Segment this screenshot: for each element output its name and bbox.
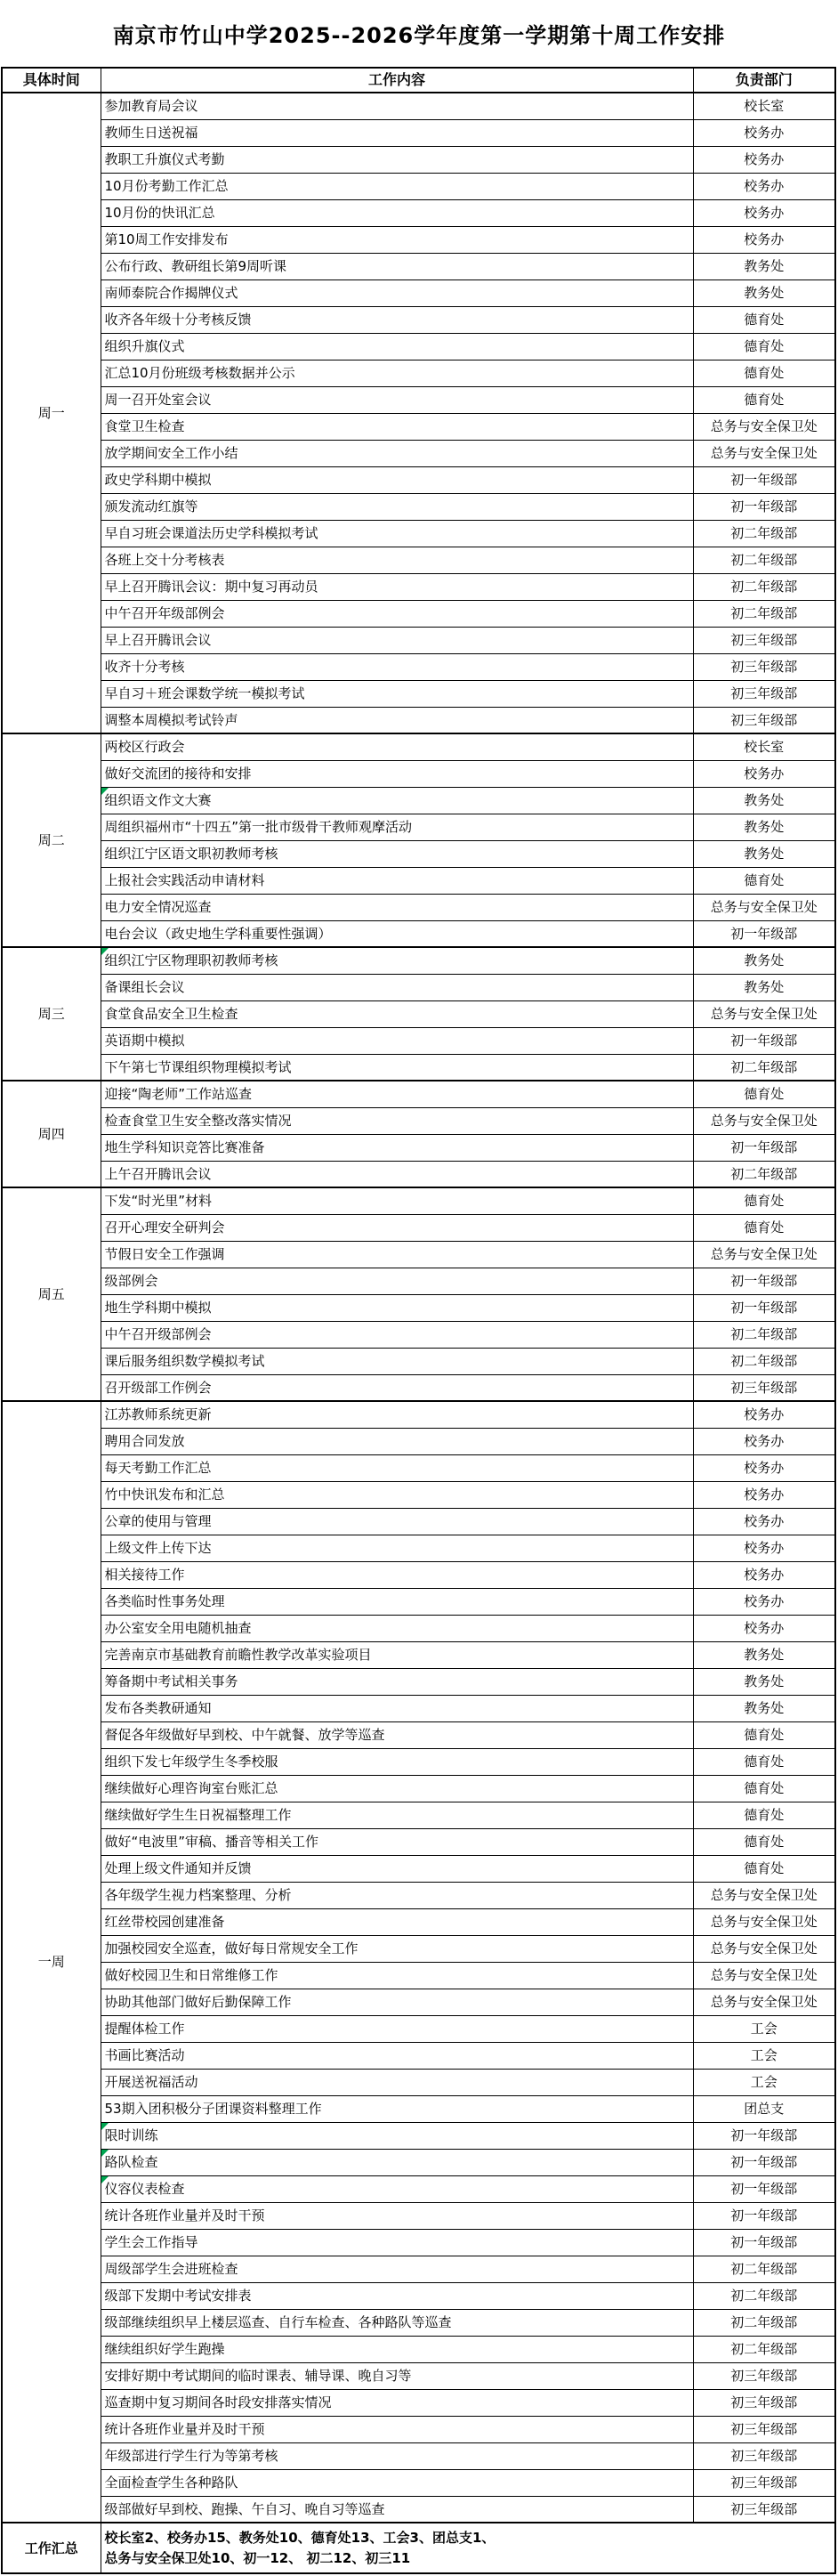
task-cell: 督促各年级做好早到校、中午就餐、放学等巡查 xyxy=(101,1721,693,1748)
table-row: 级部做好早到校、跑操、午自习、晚自习等巡查初三年级部 xyxy=(2,2496,835,2523)
table-row: 上报社会实践活动申请材料德育处 xyxy=(2,867,835,894)
department-cell: 德育处 xyxy=(693,386,835,413)
time-cell: 一周 xyxy=(2,1401,101,2523)
task-cell: 开展送祝福活动 xyxy=(101,2069,693,2095)
table-row: 早自习班会课道法历史学科模拟考试初二年级部 xyxy=(2,520,835,547)
table-row: 统计各班作业量并及时干预初三年级部 xyxy=(2,2416,835,2442)
table-row: 中午召开级部例会初二年级部 xyxy=(2,1321,835,1348)
department-cell: 总务与安全保卫处 xyxy=(693,894,835,920)
time-cell: 周一 xyxy=(2,93,101,733)
task-cell: 课后服务组织数学模拟考试 xyxy=(101,1348,693,1374)
department-cell: 德育处 xyxy=(693,1802,835,1828)
task-cell: 上级文件上传下达 xyxy=(101,1535,693,1561)
table-row: 学生会工作指导初一年级部 xyxy=(2,2229,835,2256)
task-cell: 教师生日送祝福 xyxy=(101,119,693,146)
table-row: 课后服务组织数学模拟考试初二年级部 xyxy=(2,1348,835,1374)
table-row: 食堂卫生检查总务与安全保卫处 xyxy=(2,413,835,440)
task-cell: 迎接“陶老师”工作站巡查 xyxy=(101,1081,693,1107)
department-cell: 教务处 xyxy=(693,253,835,279)
table-row: 上级文件上传下达校务办 xyxy=(2,1535,835,1561)
task-cell: 级部例会 xyxy=(101,1268,693,1294)
department-cell: 校务办 xyxy=(693,1454,835,1481)
task-cell: 10月份的快讯汇总 xyxy=(101,199,693,226)
department-cell: 初三年级部 xyxy=(693,653,835,680)
table-row: 下午第七节课组织物理模拟考试初二年级部 xyxy=(2,1054,835,1081)
department-cell: 总务与安全保卫处 xyxy=(693,1962,835,1989)
table-row: 收齐各年级十分考核反馈德育处 xyxy=(2,306,835,333)
task-cell: 组织语文作文大赛 xyxy=(101,787,693,814)
table-row: 书画比赛活动工会 xyxy=(2,2042,835,2069)
table-row: 英语期中模拟初一年级部 xyxy=(2,1027,835,1054)
comment-marker-icon xyxy=(101,2176,109,2183)
department-cell: 德育处 xyxy=(693,333,835,360)
task-cell: 收齐各年级十分考核反馈 xyxy=(101,306,693,333)
task-cell: 继续做好心理咨询室台账汇总 xyxy=(101,1775,693,1802)
header-row: 具体时间 工作内容 负责部门 xyxy=(2,68,835,93)
table-row: 颁发流动红旗等初一年级部 xyxy=(2,493,835,520)
department-cell: 总务与安全保卫处 xyxy=(693,1241,835,1268)
department-cell: 初一年级部 xyxy=(693,2149,835,2175)
department-cell: 德育处 xyxy=(693,1748,835,1775)
table-row: 完善南京市基础教育前瞻性教学改革实验项目教务处 xyxy=(2,1641,835,1668)
task-cell: 召开级部工作例会 xyxy=(101,1374,693,1401)
department-cell: 初一年级部 xyxy=(693,2202,835,2229)
task-cell: 协助其他部门做好后勤保障工作 xyxy=(101,1989,693,2015)
department-cell: 教务处 xyxy=(693,1668,835,1695)
department-cell: 教务处 xyxy=(693,1695,835,1721)
department-cell: 初三年级部 xyxy=(693,2496,835,2523)
table-row: 相关接待工作校务办 xyxy=(2,1561,835,1588)
task-cell: 上午召开腾讯会议 xyxy=(101,1161,693,1187)
table-row: 级部继续组织早上楼层巡查、自行车检查、各种路队等巡查初二年级部 xyxy=(2,2309,835,2336)
table-row: 聘用合同发放校务办 xyxy=(2,1428,835,1454)
task-cell: 路队检查 xyxy=(101,2149,693,2175)
table-row: 继续做好学生生日祝福整理工作德育处 xyxy=(2,1802,835,1828)
table-row: 周二两校区行政会校长室 xyxy=(2,733,835,760)
table-row: 节假日安全工作强调总务与安全保卫处 xyxy=(2,1241,835,1268)
task-cell: 下发“时光里”材料 xyxy=(101,1187,693,1214)
task-cell: 聘用合同发放 xyxy=(101,1428,693,1454)
task-cell: 仪容仪表检查 xyxy=(101,2175,693,2202)
department-cell: 校务办 xyxy=(693,1535,835,1561)
table-row: 早上召开腾讯会议初三年级部 xyxy=(2,627,835,653)
table-row: 检查食堂卫生安全整改落实情况总务与安全保卫处 xyxy=(2,1107,835,1134)
task-cell: 周级部学生会进班检查 xyxy=(101,2256,693,2282)
department-cell: 初三年级部 xyxy=(693,2469,835,2496)
table-row: 做好交流团的接待和安排校务办 xyxy=(2,760,835,787)
table-row: 开展送祝福活动工会 xyxy=(2,2069,835,2095)
table-row: 第10周工作安排发布校务办 xyxy=(2,226,835,253)
department-cell: 初二年级部 xyxy=(693,600,835,627)
task-cell: 政史学科期中模拟 xyxy=(101,466,693,493)
task-cell: 学生会工作指导 xyxy=(101,2229,693,2256)
task-cell: 调整本周模拟考试铃声 xyxy=(101,707,693,733)
table-row: 做好“电波里”审稿、播音等相关工作德育处 xyxy=(2,1828,835,1855)
task-cell: 颁发流动红旗等 xyxy=(101,493,693,520)
department-cell: 初一年级部 xyxy=(693,1027,835,1054)
department-cell: 德育处 xyxy=(693,1855,835,1882)
task-cell: 统计各班作业量并及时干预 xyxy=(101,2202,693,2229)
table-row: 公布行政、教研组长第9周听课教务处 xyxy=(2,253,835,279)
department-cell: 总务与安全保卫处 xyxy=(693,1989,835,2015)
table-row: 早上召开腾讯会议：期中复习再动员初二年级部 xyxy=(2,573,835,600)
department-cell: 工会 xyxy=(693,2069,835,2095)
table-row: 周三组织江宁区物理职初教师考核教务处 xyxy=(2,947,835,974)
department-cell: 校务办 xyxy=(693,119,835,146)
table-row: 统计各班作业量并及时干预初一年级部 xyxy=(2,2202,835,2229)
time-cell: 周四 xyxy=(2,1081,101,1187)
department-cell: 工会 xyxy=(693,2042,835,2069)
department-cell: 教务处 xyxy=(693,840,835,867)
department-cell: 教务处 xyxy=(693,974,835,1000)
table-row: 早自习＋班会课数学统一模拟考试初三年级部 xyxy=(2,680,835,707)
department-cell: 德育处 xyxy=(693,1775,835,1802)
department-cell: 初三年级部 xyxy=(693,1374,835,1401)
task-cell: 两校区行政会 xyxy=(101,733,693,760)
task-cell: 各班上交十分考核表 xyxy=(101,547,693,573)
task-cell: 全面检查学生各种路队 xyxy=(101,2469,693,2496)
schedule-sheet: 南京市竹山中学2025--2026学年度第一学期第十周工作安排 具体时间 工作内… xyxy=(0,0,838,2574)
department-cell: 初二年级部 xyxy=(693,1348,835,1374)
department-cell: 初二年级部 xyxy=(693,2282,835,2309)
department-cell: 总务与安全保卫处 xyxy=(693,440,835,466)
table-row: 电力安全情况巡查总务与安全保卫处 xyxy=(2,894,835,920)
department-cell: 初二年级部 xyxy=(693,2336,835,2362)
department-cell: 德育处 xyxy=(693,1721,835,1748)
task-cell: 电台会议（政史地生学科重要性强调） xyxy=(101,920,693,947)
summary-content: 校长室2、校务办15、教务处10、德育处13、工会3、团总支1、 总务与安全保卫… xyxy=(101,2523,835,2573)
task-cell: 早上召开腾讯会议：期中复习再动员 xyxy=(101,573,693,600)
task-cell: 地生学科知识竞答比赛准备 xyxy=(101,1134,693,1161)
task-cell: 相关接待工作 xyxy=(101,1561,693,1588)
department-cell: 团总支 xyxy=(693,2095,835,2122)
department-cell: 校务办 xyxy=(693,226,835,253)
department-cell: 总务与安全保卫处 xyxy=(693,1882,835,1908)
task-cell: 完善南京市基础教育前瞻性教学改革实验项目 xyxy=(101,1641,693,1668)
summary-label: 工作汇总 xyxy=(2,2523,101,2573)
department-cell: 校务办 xyxy=(693,760,835,787)
department-cell: 初一年级部 xyxy=(693,493,835,520)
task-cell: 各类临时性事务处理 xyxy=(101,1588,693,1615)
task-cell: 级部下发期中考试安排表 xyxy=(101,2282,693,2309)
department-cell: 初三年级部 xyxy=(693,627,835,653)
department-cell: 初二年级部 xyxy=(693,573,835,600)
table-row: 做好校园卫生和日常维修工作总务与安全保卫处 xyxy=(2,1962,835,1989)
department-cell: 德育处 xyxy=(693,1081,835,1107)
table-row: 协助其他部门做好后勤保障工作总务与安全保卫处 xyxy=(2,1989,835,2015)
table-row: 安排好期中考试期间的临时课表、辅导课、晚自习等初三年级部 xyxy=(2,2362,835,2389)
table-row: 组织语文作文大赛教务处 xyxy=(2,787,835,814)
task-cell: 红丝带校园创建准备 xyxy=(101,1908,693,1935)
task-cell: 检查食堂卫生安全整改落实情况 xyxy=(101,1107,693,1134)
time-cell: 周五 xyxy=(2,1187,101,1401)
table-row: 10月份的快讯汇总校务办 xyxy=(2,199,835,226)
department-cell: 初二年级部 xyxy=(693,1054,835,1081)
department-cell: 教务处 xyxy=(693,787,835,814)
department-cell: 初三年级部 xyxy=(693,2416,835,2442)
task-cell: 级部继续组织早上楼层巡查、自行车检查、各种路队等巡查 xyxy=(101,2309,693,2336)
task-cell: 处理上级文件通知并反馈 xyxy=(101,1855,693,1882)
department-cell: 校务办 xyxy=(693,1481,835,1508)
table-row: 筹备期中考试相关事务教务处 xyxy=(2,1668,835,1695)
table-row: 级部例会初一年级部 xyxy=(2,1268,835,1294)
department-cell: 初一年级部 xyxy=(693,1268,835,1294)
task-cell: 公布行政、教研组长第9周听课 xyxy=(101,253,693,279)
table-row: 周四迎接“陶老师”工作站巡查德育处 xyxy=(2,1081,835,1107)
task-cell: 10月份考勤工作汇总 xyxy=(101,173,693,199)
department-cell: 初二年级部 xyxy=(693,520,835,547)
department-cell: 校务办 xyxy=(693,146,835,173)
comment-marker-icon xyxy=(101,948,109,955)
department-cell: 初二年级部 xyxy=(693,1161,835,1187)
table-row: 处理上级文件通知并反馈德育处 xyxy=(2,1855,835,1882)
table-row: 级部下发期中考试安排表初二年级部 xyxy=(2,2282,835,2309)
task-cell: 级部做好早到校、跑操、午自习、晚自习等巡查 xyxy=(101,2496,693,2523)
department-cell: 德育处 xyxy=(693,1214,835,1241)
task-cell: 办公室安全用电随机抽查 xyxy=(101,1615,693,1641)
table-row: 各类临时性事务处理校务办 xyxy=(2,1588,835,1615)
header-department: 负责部门 xyxy=(693,68,835,93)
task-cell: 中午召开年级部例会 xyxy=(101,600,693,627)
department-cell: 德育处 xyxy=(693,867,835,894)
table-row: 巡查期中复习期间各时段安排落实情况初三年级部 xyxy=(2,2389,835,2416)
time-cell: 周二 xyxy=(2,733,101,947)
table-row: 各年级学生视力档案整理、分析总务与安全保卫处 xyxy=(2,1882,835,1908)
task-cell: 早自习＋班会课数学统一模拟考试 xyxy=(101,680,693,707)
task-cell: 电力安全情况巡查 xyxy=(101,894,693,920)
task-cell: 收齐十分考核 xyxy=(101,653,693,680)
department-cell: 校务办 xyxy=(693,1615,835,1641)
department-cell: 初一年级部 xyxy=(693,2122,835,2149)
page-title: 南京市竹山中学2025--2026学年度第一学期第十周工作安排 xyxy=(0,0,838,67)
task-cell: 巡查期中复习期间各时段安排落实情况 xyxy=(101,2389,693,2416)
department-cell: 初一年级部 xyxy=(693,1134,835,1161)
department-cell: 初三年级部 xyxy=(693,2389,835,2416)
comment-marker-icon xyxy=(101,788,109,795)
task-cell: 每天考勤工作汇总 xyxy=(101,1454,693,1481)
task-cell: 早自习班会课道法历史学科模拟考试 xyxy=(101,520,693,547)
department-cell: 教务处 xyxy=(693,947,835,974)
task-cell: 竹中快讯发布和汇总 xyxy=(101,1481,693,1508)
department-cell: 初一年级部 xyxy=(693,466,835,493)
task-cell: 公章的使用与管理 xyxy=(101,1508,693,1535)
table-row: 周一召开处室会议德育处 xyxy=(2,386,835,413)
task-cell: 各年级学生视力档案整理、分析 xyxy=(101,1882,693,1908)
department-cell: 校长室 xyxy=(693,93,835,119)
table-row: 53期入团积极分子团课资料整理工作团总支 xyxy=(2,2095,835,2122)
department-cell: 教务处 xyxy=(693,279,835,306)
task-cell: 做好“电波里”审稿、播音等相关工作 xyxy=(101,1828,693,1855)
task-cell: 周一召开处室会议 xyxy=(101,386,693,413)
department-cell: 校务办 xyxy=(693,1428,835,1454)
task-cell: 组织升旗仪式 xyxy=(101,333,693,360)
table-row: 继续做好心理咨询室台账汇总德育处 xyxy=(2,1775,835,1802)
table-row: 提醒体检工作工会 xyxy=(2,2015,835,2042)
task-cell: 安排好期中考试期间的临时课表、辅导课、晚自习等 xyxy=(101,2362,693,2389)
department-cell: 初三年级部 xyxy=(693,707,835,733)
table-row: 办公室安全用电随机抽查校务办 xyxy=(2,1615,835,1641)
table-row: 每天考勤工作汇总校务办 xyxy=(2,1454,835,1481)
table-row: 全面检查学生各种路队初三年级部 xyxy=(2,2469,835,2496)
task-cell: 地生学科期中模拟 xyxy=(101,1294,693,1321)
department-cell: 初三年级部 xyxy=(693,2362,835,2389)
comment-marker-icon xyxy=(101,2123,109,2130)
department-cell: 德育处 xyxy=(693,1828,835,1855)
schedule-table: 具体时间 工作内容 负责部门 周一参加教育局会议校长室教师生日送祝福校务办教职工… xyxy=(1,67,836,2574)
table-row: 地生学科期中模拟初一年级部 xyxy=(2,1294,835,1321)
table-row: 调整本周模拟考试铃声初三年级部 xyxy=(2,707,835,733)
table-row: 周五下发“时光里”材料德育处 xyxy=(2,1187,835,1214)
task-cell: 参加教育局会议 xyxy=(101,93,693,119)
task-cell: 上报社会实践活动申请材料 xyxy=(101,867,693,894)
department-cell: 总务与安全保卫处 xyxy=(693,1107,835,1134)
department-cell: 初一年级部 xyxy=(693,2175,835,2202)
table-row: 一周江苏教师系统更新校务办 xyxy=(2,1401,835,1428)
task-cell: 继续组织好学生跑操 xyxy=(101,2336,693,2362)
department-cell: 初二年级部 xyxy=(693,2309,835,2336)
department-cell: 初二年级部 xyxy=(693,2256,835,2282)
table-row: 公章的使用与管理校务办 xyxy=(2,1508,835,1535)
department-cell: 总务与安全保卫处 xyxy=(693,1935,835,1962)
table-row: 发布各类教研通知教务处 xyxy=(2,1695,835,1721)
task-cell: 年级部进行学生行为等第考核 xyxy=(101,2442,693,2469)
table-row: 中午召开年级部例会初二年级部 xyxy=(2,600,835,627)
task-cell: 53期入团积极分子团课资料整理工作 xyxy=(101,2095,693,2122)
task-cell: 食堂食品安全卫生检查 xyxy=(101,1000,693,1027)
table-row: 南师泰院合作揭牌仪式教务处 xyxy=(2,279,835,306)
table-row: 上午召开腾讯会议初二年级部 xyxy=(2,1161,835,1187)
table-row: 政史学科期中模拟初一年级部 xyxy=(2,466,835,493)
task-cell: 发布各类教研通知 xyxy=(101,1695,693,1721)
header-content: 工作内容 xyxy=(101,68,693,93)
table-row: 周级部学生会进班检查初二年级部 xyxy=(2,2256,835,2282)
table-row: 组织下发七年级学生冬季校服德育处 xyxy=(2,1748,835,1775)
table-row: 收齐十分考核初三年级部 xyxy=(2,653,835,680)
department-cell: 校务办 xyxy=(693,1401,835,1428)
table-row: 电台会议（政史地生学科重要性强调）初一年级部 xyxy=(2,920,835,947)
table-row: 各班上交十分考核表初二年级部 xyxy=(2,547,835,573)
table-row: 汇总10月份班级考核数据并公示德育处 xyxy=(2,360,835,386)
table-row: 备课组长会议教务处 xyxy=(2,974,835,1000)
task-cell: 食堂卫生检查 xyxy=(101,413,693,440)
task-cell: 放学期间安全工作小结 xyxy=(101,440,693,466)
department-cell: 初二年级部 xyxy=(693,1321,835,1348)
task-cell: 做好校园卫生和日常维修工作 xyxy=(101,1962,693,1989)
table-row: 加强校园安全巡查，做好每日常规安全工作总务与安全保卫处 xyxy=(2,1935,835,1962)
department-cell: 校务办 xyxy=(693,1561,835,1588)
task-cell: 筹备期中考试相关事务 xyxy=(101,1668,693,1695)
department-cell: 教务处 xyxy=(693,1641,835,1668)
department-cell: 初一年级部 xyxy=(693,1294,835,1321)
table-row: 年级部进行学生行为等第考核初三年级部 xyxy=(2,2442,835,2469)
task-cell: 汇总10月份班级考核数据并公示 xyxy=(101,360,693,386)
table-row: 教职工升旗仪式考勤校务办 xyxy=(2,146,835,173)
task-cell: 周组织福州市“十四五”第一批市级骨干教师观摩活动 xyxy=(101,814,693,840)
table-row: 路队检查初一年级部 xyxy=(2,2149,835,2175)
table-row: 红丝带校园创建准备总务与安全保卫处 xyxy=(2,1908,835,1935)
table-row: 周一参加教育局会议校长室 xyxy=(2,93,835,119)
table-row: 10月份考勤工作汇总校务办 xyxy=(2,173,835,199)
task-cell: 江苏教师系统更新 xyxy=(101,1401,693,1428)
department-cell: 校务办 xyxy=(693,1508,835,1535)
task-cell: 组织下发七年级学生冬季校服 xyxy=(101,1748,693,1775)
task-cell: 提醒体检工作 xyxy=(101,2015,693,2042)
time-cell: 周三 xyxy=(2,947,101,1081)
task-cell: 组织江宁区语文职初教师考核 xyxy=(101,840,693,867)
department-cell: 初一年级部 xyxy=(693,2229,835,2256)
department-cell: 校务办 xyxy=(693,173,835,199)
table-row: 组织江宁区语文职初教师考核教务处 xyxy=(2,840,835,867)
task-cell: 节假日安全工作强调 xyxy=(101,1241,693,1268)
task-cell: 早上召开腾讯会议 xyxy=(101,627,693,653)
department-cell: 工会 xyxy=(693,2015,835,2042)
table-row: 督促各年级做好早到校、中午就餐、放学等巡查德育处 xyxy=(2,1721,835,1748)
task-cell: 做好交流团的接待和安排 xyxy=(101,760,693,787)
department-cell: 总务与安全保卫处 xyxy=(693,1000,835,1027)
table-row: 地生学科知识竞答比赛准备初一年级部 xyxy=(2,1134,835,1161)
summary-line-2: 总务与安全保卫处10、初一12、 初二12、初三11 xyxy=(105,2548,835,2569)
department-cell: 校务办 xyxy=(693,199,835,226)
department-cell: 总务与安全保卫处 xyxy=(693,413,835,440)
task-cell: 中午召开级部例会 xyxy=(101,1321,693,1348)
task-cell: 南师泰院合作揭牌仪式 xyxy=(101,279,693,306)
table-row: 仪容仪表检查初一年级部 xyxy=(2,2175,835,2202)
table-row: 放学期间安全工作小结总务与安全保卫处 xyxy=(2,440,835,466)
task-cell: 继续做好学生生日祝福整理工作 xyxy=(101,1802,693,1828)
department-cell: 总务与安全保卫处 xyxy=(693,1908,835,1935)
table-row: 教师生日送祝福校务办 xyxy=(2,119,835,146)
table-row: 限时训练初一年级部 xyxy=(2,2122,835,2149)
department-cell: 校长室 xyxy=(693,733,835,760)
department-cell: 教务处 xyxy=(693,814,835,840)
table-row: 周组织福州市“十四五”第一批市级骨干教师观摩活动教务处 xyxy=(2,814,835,840)
department-cell: 德育处 xyxy=(693,360,835,386)
task-cell: 下午第七节课组织物理模拟考试 xyxy=(101,1054,693,1081)
table-row: 组织升旗仪式德育处 xyxy=(2,333,835,360)
summary-line-1: 校长室2、校务办15、教务处10、德育处13、工会3、团总支1、 xyxy=(105,2528,835,2548)
department-cell: 初二年级部 xyxy=(693,547,835,573)
table-row: 召开级部工作例会初三年级部 xyxy=(2,1374,835,1401)
summary-row: 工作汇总 校长室2、校务办15、教务处10、德育处13、工会3、团总支1、 总务… xyxy=(2,2523,835,2573)
task-cell: 统计各班作业量并及时干预 xyxy=(101,2416,693,2442)
department-cell: 初三年级部 xyxy=(693,2442,835,2469)
task-cell: 限时训练 xyxy=(101,2122,693,2149)
task-cell: 教职工升旗仪式考勤 xyxy=(101,146,693,173)
task-cell: 加强校园安全巡查，做好每日常规安全工作 xyxy=(101,1935,693,1962)
table-row: 食堂食品安全卫生检查总务与安全保卫处 xyxy=(2,1000,835,1027)
table-row: 竹中快讯发布和汇总校务办 xyxy=(2,1481,835,1508)
table-row: 召开心理安全研判会德育处 xyxy=(2,1214,835,1241)
department-cell: 校务办 xyxy=(693,1588,835,1615)
table-row: 继续组织好学生跑操初二年级部 xyxy=(2,2336,835,2362)
comment-marker-icon xyxy=(101,2150,109,2157)
task-cell: 备课组长会议 xyxy=(101,974,693,1000)
department-cell: 初一年级部 xyxy=(693,920,835,947)
task-cell: 英语期中模拟 xyxy=(101,1027,693,1054)
department-cell: 德育处 xyxy=(693,1187,835,1214)
department-cell: 德育处 xyxy=(693,306,835,333)
task-cell: 第10周工作安排发布 xyxy=(101,226,693,253)
task-cell: 召开心理安全研判会 xyxy=(101,1214,693,1241)
task-cell: 书画比赛活动 xyxy=(101,2042,693,2069)
task-cell: 组织江宁区物理职初教师考核 xyxy=(101,947,693,974)
header-time: 具体时间 xyxy=(2,68,101,93)
department-cell: 初三年级部 xyxy=(693,680,835,707)
